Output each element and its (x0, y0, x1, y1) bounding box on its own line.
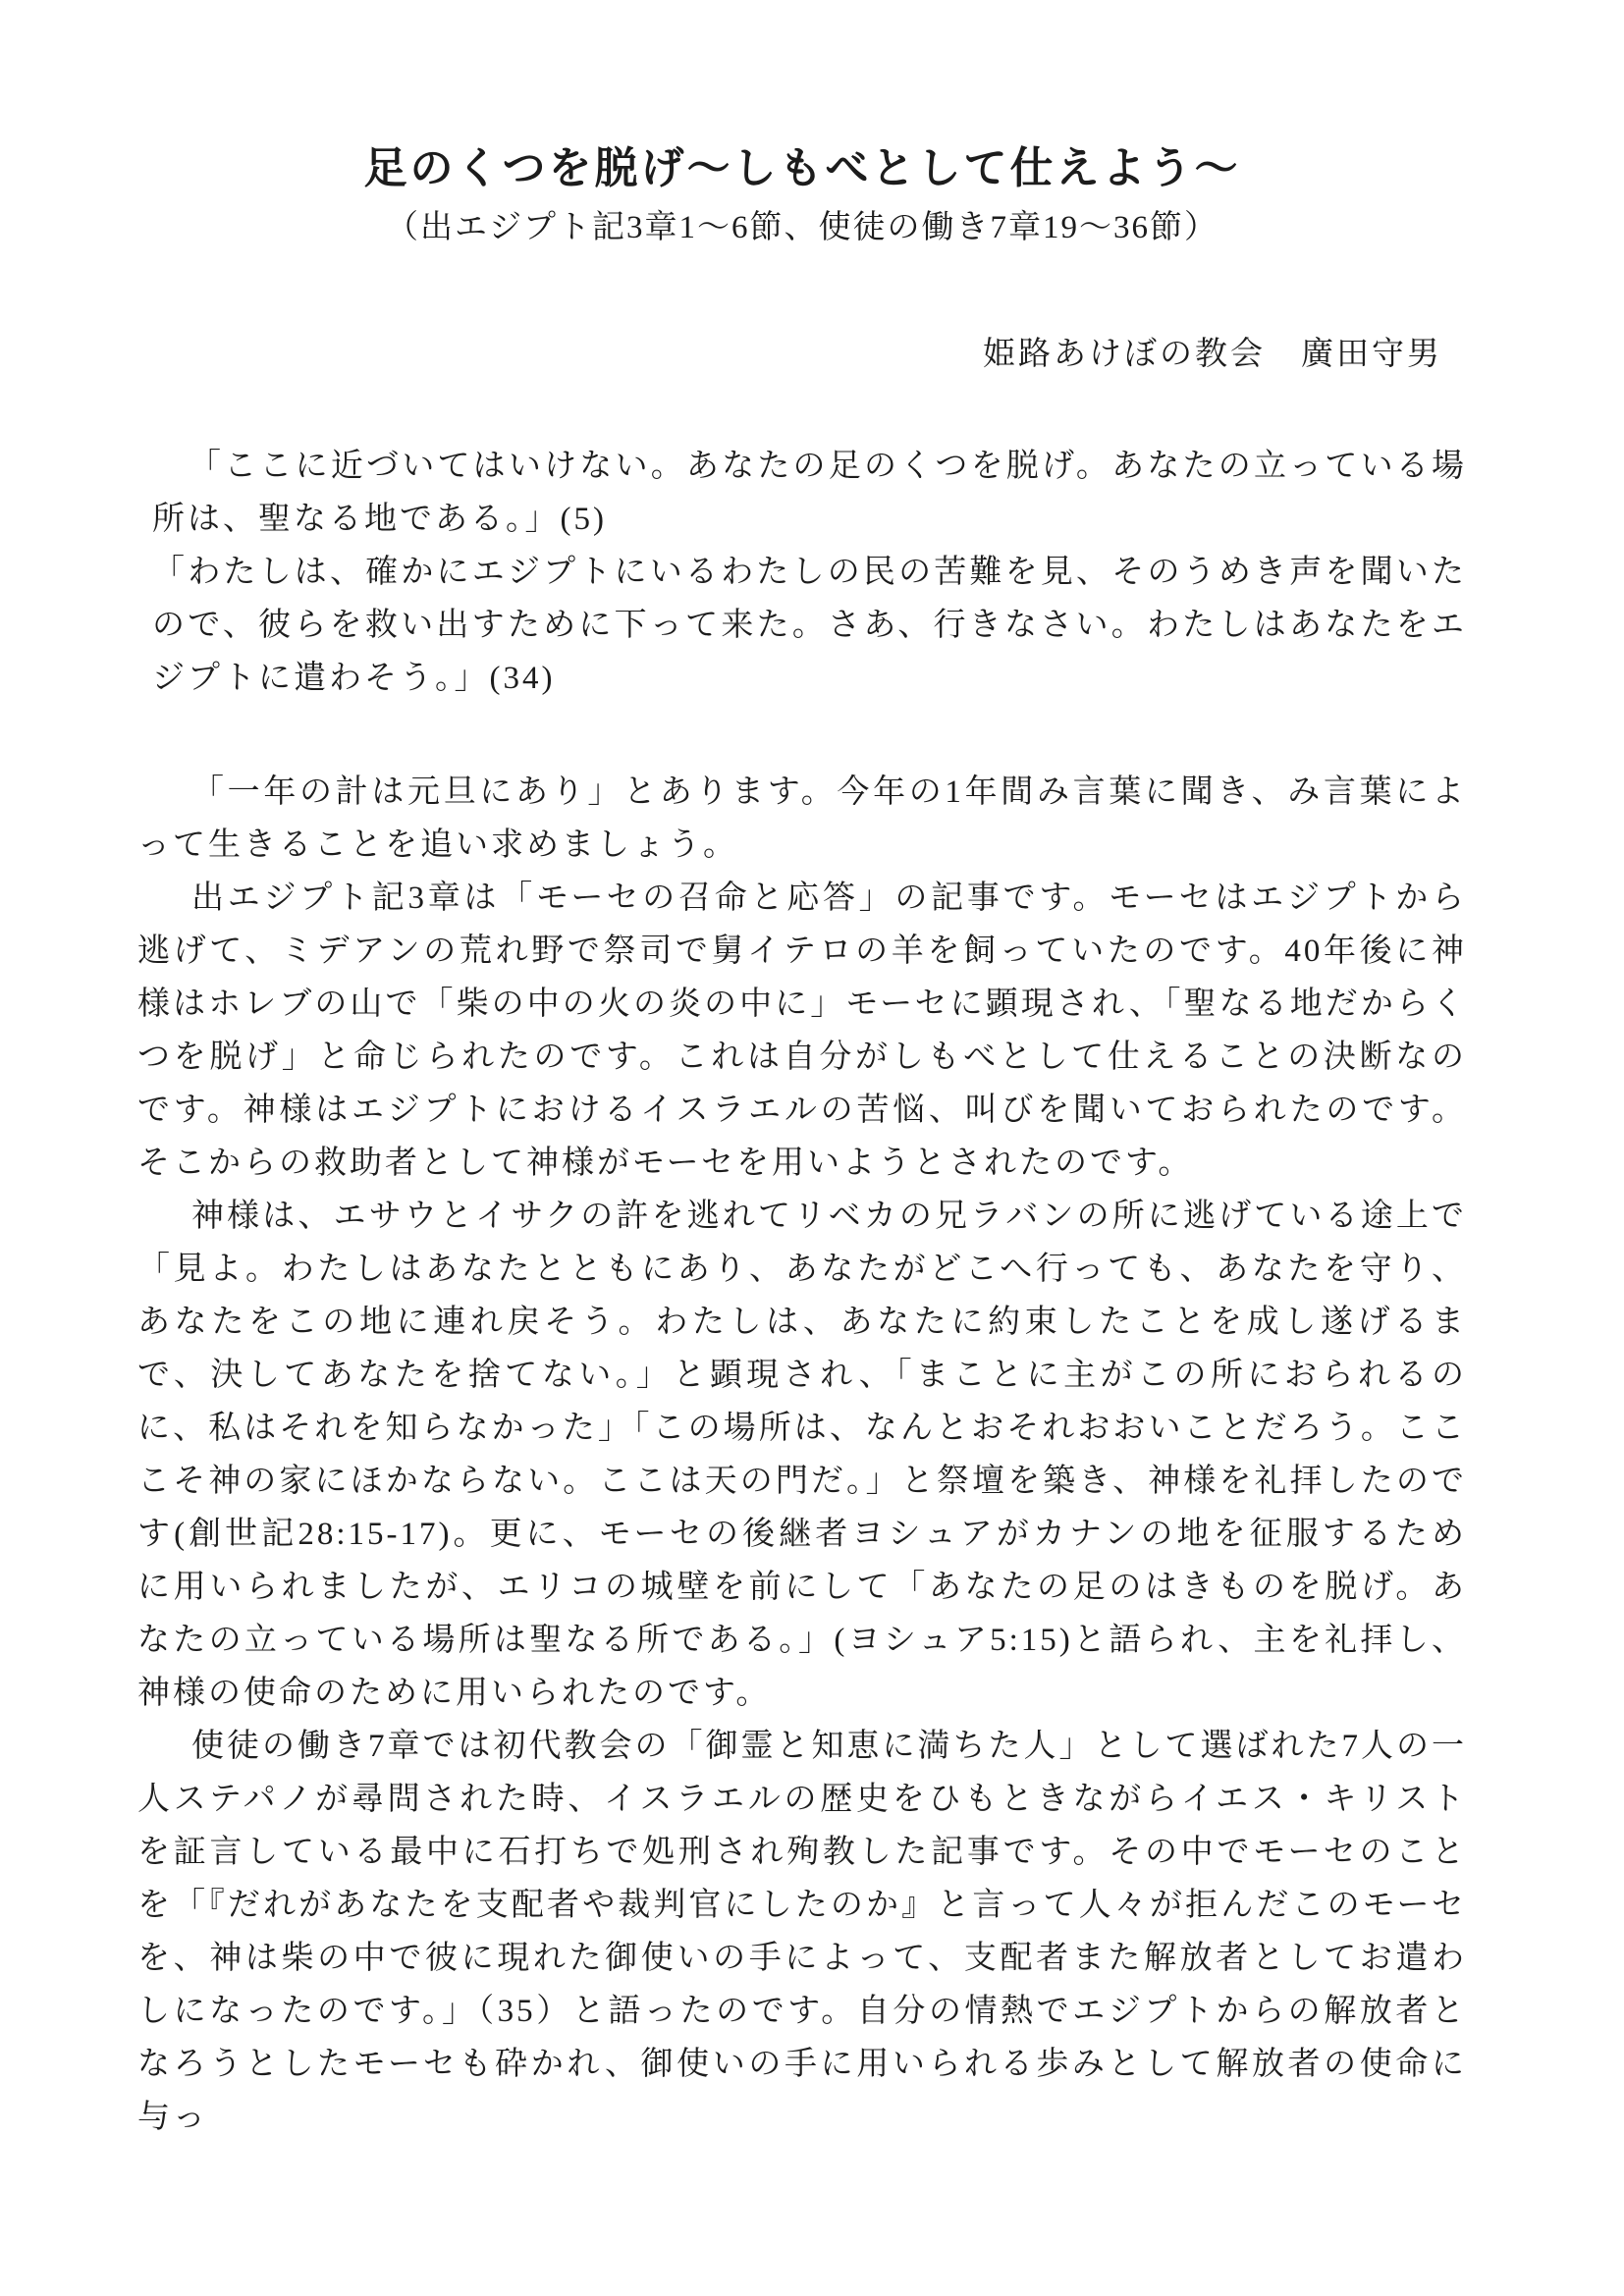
body-paragraph: 出エジプト記3章は「モーセの召命と応答」の記事です。モーセはエジプトから逃げて、… (137, 872, 1467, 1190)
body-paragraph: 「一年の計は元旦にあり」とあります。今年の1年間み言葉に聞き、み言葉によって生き… (137, 766, 1467, 872)
scripture-reference-subtitle: （出エジプト記3章1～6節、使徒の働き7章19～36節） (137, 204, 1467, 251)
scripture-quote: 「ここに近づいてはいけない。あなたの足のくつを脱げ。あなたの立っている場所は、聖… (152, 440, 1467, 546)
document-title: 足のくつを脱げ～しもべとして仕えよう～ (137, 139, 1467, 198)
scripture-quote-block: 「ここに近づいてはいけない。あなたの足のくつを脱げ。あなたの立っている場所は、聖… (152, 440, 1467, 705)
body-paragraph: 神様は、エサウとイサクの許を逃れてリベカの兄ラバンの所に逃げている途上で「見よ。… (137, 1190, 1467, 1720)
author-line: 姫路あけぼの教会 廣田守男 (137, 328, 1467, 381)
body-paragraph: 使徒の働き7章では初代教会の「御霊と知恵に満ちた人」として選ばれた7人の一人ステ… (137, 1720, 1467, 2144)
document-page: 足のくつを脱げ～しもべとして仕えよう～ （出エジプト記3章1～6節、使徒の働き7… (0, 0, 1624, 2296)
scripture-quote: 「わたしは、確かにエジプトにいるわたしの民の苦難を見、そのうめき声を聞いたので、… (152, 546, 1467, 705)
